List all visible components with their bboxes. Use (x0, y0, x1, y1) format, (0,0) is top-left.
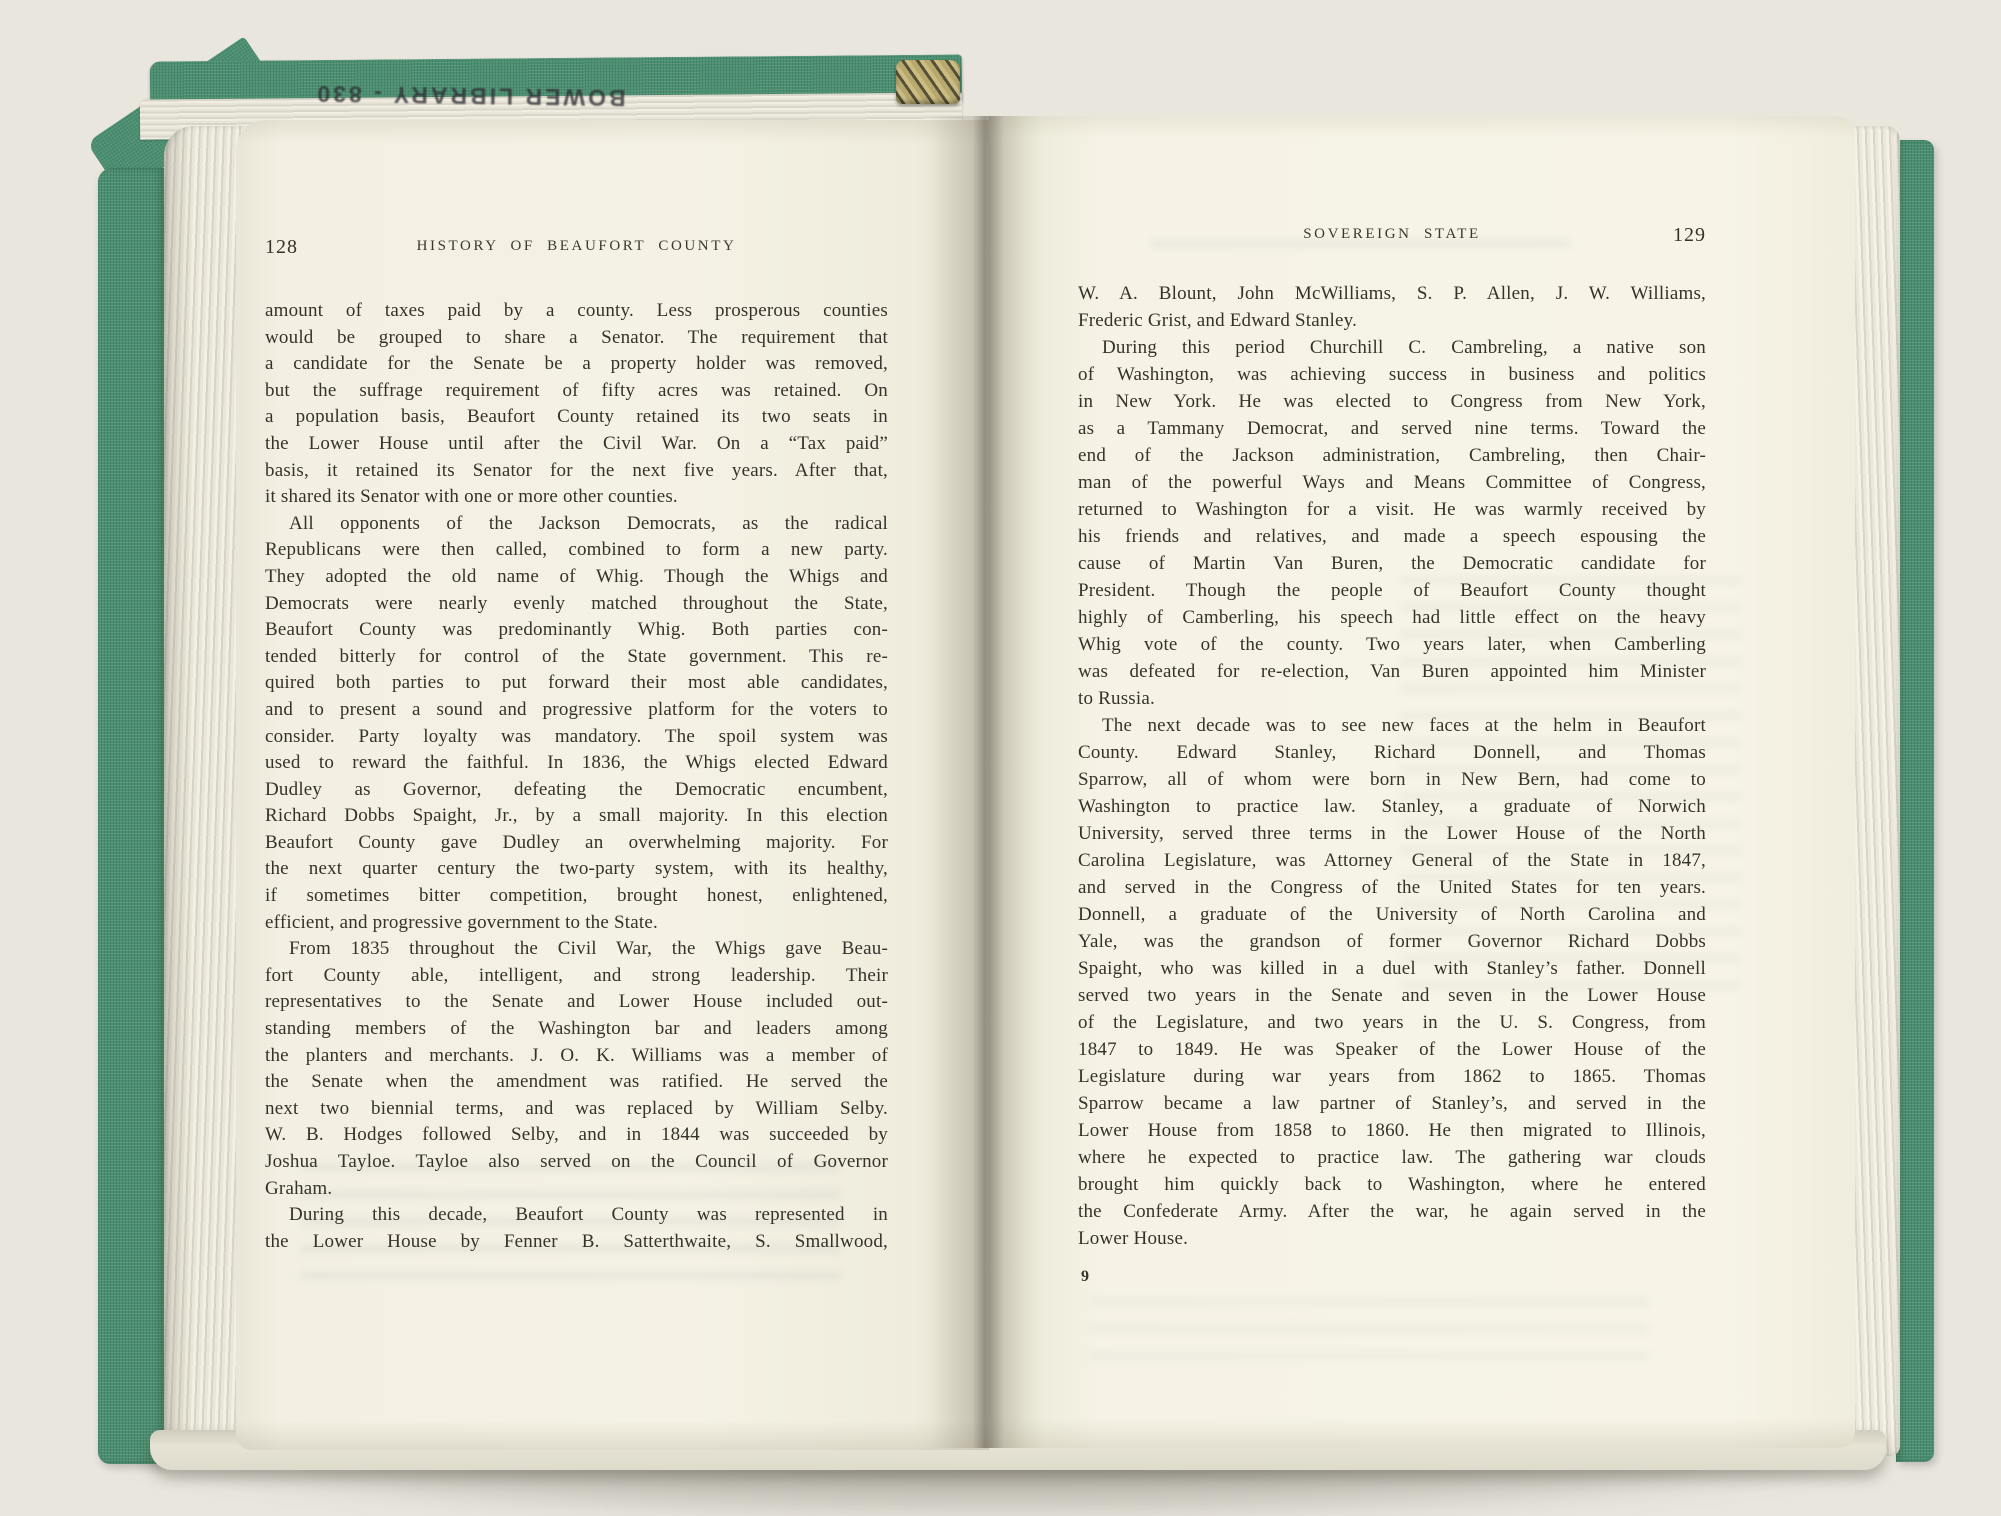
body-line: Lower House from 1858 to 1860. He then m… (1078, 1117, 1706, 1144)
body-line: in New York. He was elected to Congress … (1078, 388, 1706, 415)
body-line: County. Edward Stanley, Richard Donnell,… (1078, 739, 1706, 766)
body-line: and to present a sound and progressive p… (265, 697, 888, 724)
cover-right-edge (1896, 140, 1934, 1462)
body-line: of the Legislature, and two years in the… (1078, 1009, 1706, 1036)
library-edge-stamp: BOWER LIBRARY - 830 (300, 76, 640, 117)
body-line: it shared its Senator with one or more o… (265, 484, 888, 511)
left-running-row: 128 HISTORY OF BEAUFORT COUNTY (265, 238, 888, 264)
running-head: SOVEREIGN STATE (1078, 226, 1706, 243)
body-line: man of the powerful Ways and Means Commi… (1078, 469, 1706, 496)
left-page-content: 128 HISTORY OF BEAUFORT COUNTY amount of… (265, 238, 888, 1255)
body-line: fort County able, intelligent, and stron… (265, 963, 888, 990)
body-line: tended bitterly for control of the State… (265, 644, 888, 671)
body-line: During this decade, Beaufort County was … (265, 1202, 888, 1229)
body-line: next two biennial terms, and was replace… (265, 1096, 888, 1123)
signature-mark: 9 (1081, 1268, 1706, 1286)
body-line: of Washington, was achieving success in … (1078, 361, 1706, 388)
body-line: Whig vote of the county. Two years later… (1078, 631, 1706, 658)
body-line: Joshua Tayloe. Tayloe also served on the… (265, 1149, 888, 1176)
body-line: W. B. Hodges followed Selby, and in 1844… (265, 1122, 888, 1149)
body-line: Donnell, a graduate of the University of… (1078, 901, 1706, 928)
body-line: to Russia. (1078, 685, 1706, 712)
body-line: was defeated for re-election, Van Buren … (1078, 658, 1706, 685)
right-running-row: SOVEREIGN STATE 129 (1078, 226, 1706, 252)
body-line: but the suffrage requirement of fifty ac… (265, 378, 888, 405)
body-line: a candidate for the Senate be a property… (265, 351, 888, 378)
right-body-text: W. A. Blount, John McWilliams, S. P. All… (1078, 280, 1706, 1252)
body-line: Legislature during war years from 1862 t… (1078, 1063, 1706, 1090)
body-line: amount of taxes paid by a county. Less p… (265, 298, 888, 325)
body-line: During this period Churchill C. Cambreli… (1078, 334, 1706, 361)
body-line: where he expected to practice law. The g… (1078, 1144, 1706, 1171)
right-page-content: SOVEREIGN STATE 129 W. A. Blount, John M… (1078, 226, 1706, 1286)
body-line: Washington to practice law. Stanley, a g… (1078, 793, 1706, 820)
body-line: consider. Party loyalty was mandatory. T… (265, 724, 888, 751)
body-line: Carolina Legislature, was Attorney Gener… (1078, 847, 1706, 874)
body-line: would be grouped to share a Senator. The… (265, 325, 888, 352)
body-line: Frederic Grist, and Edward Stanley. (1078, 307, 1706, 334)
body-line: Republicans were then called, combined t… (265, 537, 888, 564)
body-line: the planters and merchants. J. O. K. Wil… (265, 1043, 888, 1070)
body-line: Dudley as Governor, defeating the Democr… (265, 777, 888, 804)
page-number: 128 (265, 236, 298, 259)
spine-headband (896, 60, 960, 104)
open-book-photo: BOWER LIBRARY - 830 128 HISTORY OF BEAUF… (0, 0, 2001, 1516)
running-head: HISTORY OF BEAUFORT COUNTY (265, 238, 888, 255)
left-body-text: amount of taxes paid by a county. Less p… (265, 298, 888, 1255)
body-line: the Senate when the amendment was ratifi… (265, 1069, 888, 1096)
body-line: Graham. (265, 1176, 888, 1203)
body-line: standing members of the Washington bar a… (265, 1016, 888, 1043)
body-line: as a Tammany Democrat, and served nine t… (1078, 415, 1706, 442)
body-line: returned to Washington for a visit. He w… (1078, 496, 1706, 523)
body-line: used to reward the faithful. In 1836, th… (265, 750, 888, 777)
body-line: They adopted the old name of Whig. Thoug… (265, 564, 888, 591)
body-line: Yale, was the grandson of former Governo… (1078, 928, 1706, 955)
body-line: the Lower House until after the Civil Wa… (265, 431, 888, 458)
body-line: 1847 to 1849. He was Speaker of the Lowe… (1078, 1036, 1706, 1063)
body-line: the next quarter century the two-party s… (265, 856, 888, 883)
body-line: representatives to the Senate and Lower … (265, 989, 888, 1016)
body-line: University, served three terms in the Lo… (1078, 820, 1706, 847)
body-line: served two years in the Senate and seven… (1078, 982, 1706, 1009)
body-line: highly of Camberling, his speech had lit… (1078, 604, 1706, 631)
body-line: his friends and relatives, and made a sp… (1078, 523, 1706, 550)
right-fore-edge-pages (1852, 126, 1900, 1456)
page-number: 129 (1673, 224, 1706, 247)
body-line: cause of Martin Van Buren, the Democrati… (1078, 550, 1706, 577)
body-line: end of the Jackson administration, Cambr… (1078, 442, 1706, 469)
body-line: W. A. Blount, John McWilliams, S. P. All… (1078, 280, 1706, 307)
body-line: brought him quickly back to Washington, … (1078, 1171, 1706, 1198)
body-line: Spaight, who was killed in a duel with S… (1078, 955, 1706, 982)
body-line: the Confederate Army. After the war, he … (1078, 1198, 1706, 1225)
body-line: Beaufort County was predominantly Whig. … (265, 617, 888, 644)
body-line: From 1835 throughout the Civil War, the … (265, 936, 888, 963)
body-line: Lower House. (1078, 1225, 1706, 1252)
body-line: Sparrow, all of whom were born in New Be… (1078, 766, 1706, 793)
body-line: and served in the Congress of the United… (1078, 874, 1706, 901)
body-line: if sometimes bitter competition, brought… (265, 883, 888, 910)
body-line: a population basis, Beaufort County reta… (265, 404, 888, 431)
body-line: All opponents of the Jackson Democrats, … (265, 511, 888, 538)
body-line: Sparrow became a law partner of Stanley’… (1078, 1090, 1706, 1117)
body-line: quired both parties to put forward their… (265, 670, 888, 697)
body-line: the Lower House by Fenner B. Satterthwai… (265, 1229, 888, 1256)
body-line: basis, it retained its Senator for the n… (265, 458, 888, 485)
body-line: Democrats were nearly evenly matched thr… (265, 591, 888, 618)
body-line: The next decade was to see new faces at … (1078, 712, 1706, 739)
body-line: efficient, and progressive government to… (265, 910, 888, 937)
body-line: Beaufort County gave Dudley an overwhelm… (265, 830, 888, 857)
body-line: Richard Dobbs Spaight, Jr., by a small m… (265, 803, 888, 830)
cover-left-edge (98, 168, 166, 1464)
body-line: President. Though the people of Beaufort… (1078, 577, 1706, 604)
